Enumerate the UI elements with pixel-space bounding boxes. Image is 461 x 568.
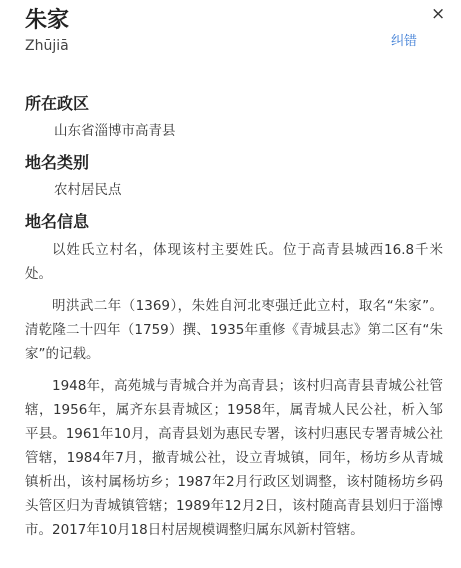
region-value: 山东省淄博市高青县: [54, 121, 176, 141]
place-title: 朱家: [25, 6, 69, 36]
info-paragraph: 1948年，高苑城与青城合并为高青县；该村归高青县青城公社管辖，1956年，属齐…: [25, 374, 443, 542]
info-heading: 地名信息: [25, 211, 89, 233]
correct-error-link[interactable]: 纠错: [391, 33, 417, 51]
place-pinyin: Zhūjiā: [25, 36, 69, 56]
info-paragraph: 明洪武二年（1369），朱姓自河北枣强迁此立村，取名“朱家”。清乾隆二十四年（1…: [25, 294, 443, 366]
region-heading: 所在政区: [25, 93, 89, 115]
info-paragraph: 以姓氏立村名，体现该村主要姓氏。位于高青县城西16.8千米处。: [25, 238, 443, 286]
close-icon[interactable]: ×: [431, 4, 445, 24]
category-value: 农村居民点: [54, 180, 122, 200]
category-heading: 地名类别: [25, 152, 89, 174]
